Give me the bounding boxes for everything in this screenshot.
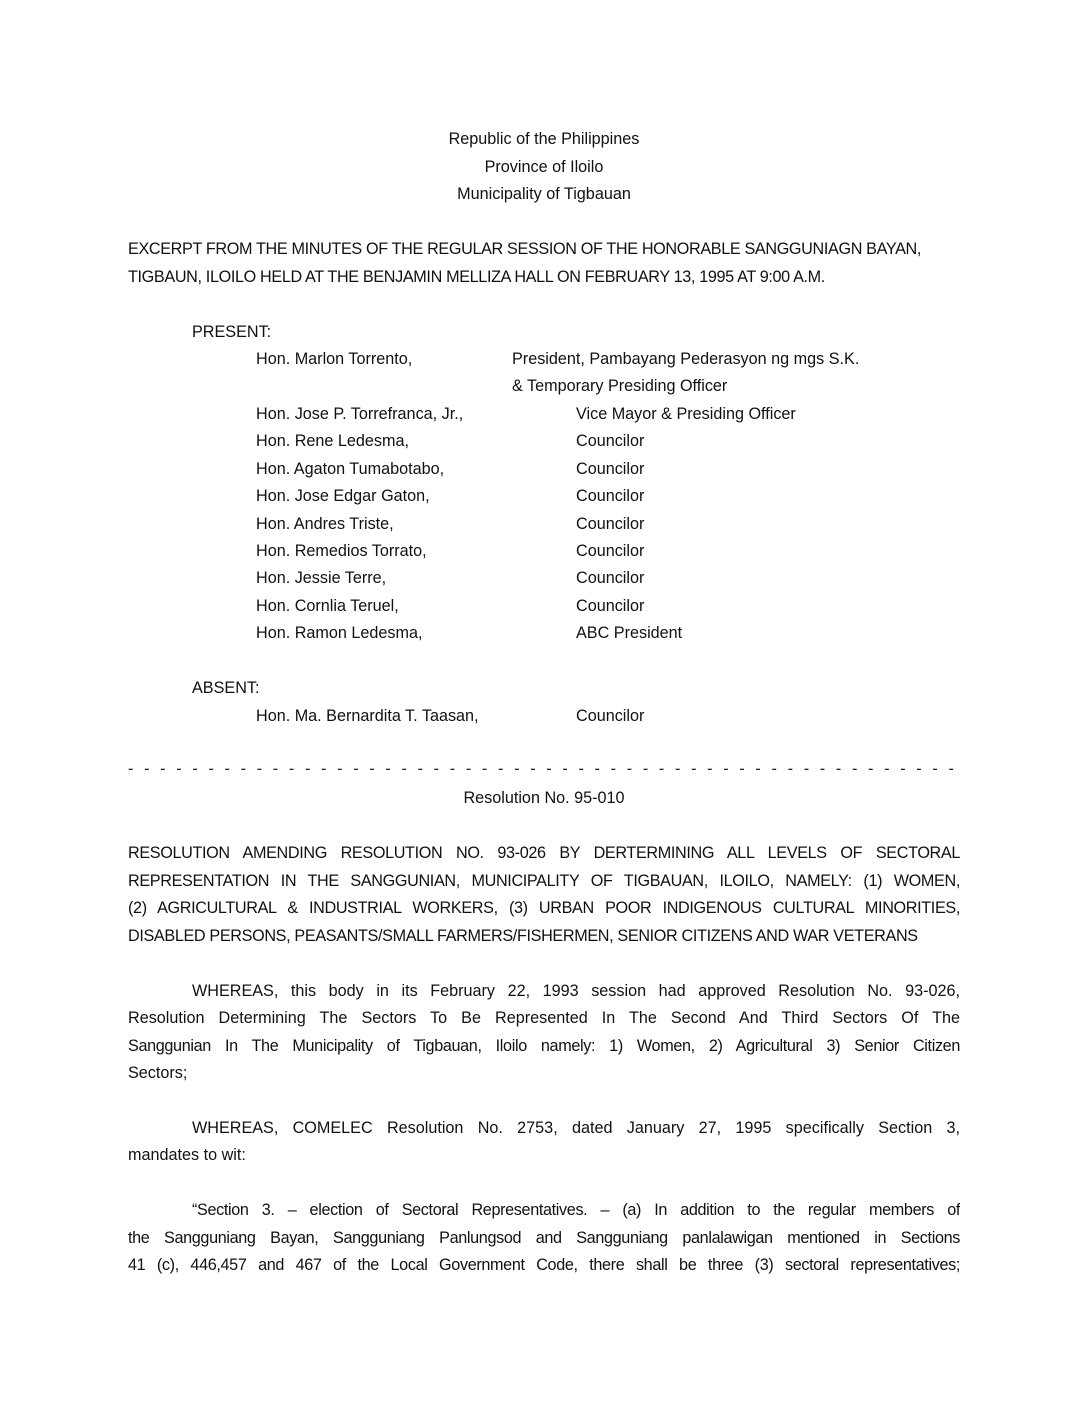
member-name: Hon. Agaton Tumabotabo, [256,460,444,479]
member-position: Councilor [576,542,644,561]
member-name: Hon. Andres Triste, [256,515,394,534]
member-position: Councilor [576,707,644,726]
member-name: Hon. Marlon Torrento, [256,350,412,369]
resolution-title-line: REPRESENTATION IN THE SANGGUNIAN, MUNICI… [128,872,960,894]
paragraph-line: Sanggunian In The Municipality of Tigbau… [128,1037,960,1059]
member-position: Councilor [576,432,644,451]
paragraph-line: mandates to wit: [128,1146,960,1165]
dashed-divider: - - - - - - - - - - - - - - - - - - - - … [128,760,960,779]
member-position: President, Pambayang Pederasyon ng mgs S… [512,350,859,369]
paragraph-line: Sectors; [128,1064,960,1083]
paragraph-line: Resolution Determining The Sectors To Be… [128,1009,960,1031]
header-province: Province of Iloilo [0,158,1088,177]
member-name: Hon. Ma. Bernardita T. Taasan, [256,707,479,726]
member-position: Councilor [576,597,644,616]
member-position: Councilor [576,460,644,479]
absent-label: ABSENT: [192,679,259,698]
resolution-title-line: RESOLUTION AMENDING RESOLUTION NO. 93-02… [128,844,960,866]
resolution-title-line: DISABLED PERSONS, PEASANTS/SMALL FARMERS… [128,927,960,946]
member-name: Hon. Jose P. Torrefranca, Jr., [256,405,463,424]
member-name: Hon. Jose Edgar Gaton, [256,487,430,506]
member-name: Hon. Remedios Torrato, [256,542,427,561]
member-position: Councilor [576,515,644,534]
member-position: Councilor [576,569,644,588]
member-position: Councilor [576,487,644,506]
member-name: Hon. Cornlia Teruel, [256,597,399,616]
member-position: Vice Mayor & Presiding Officer [576,405,796,424]
header-municipality: Municipality of Tigbauan [0,185,1088,204]
paragraph-line: 41 (c), 446,457 and 467 of the Local Gov… [128,1256,960,1278]
paragraph-line: the Sangguniang Bayan, Sangguniang Panlu… [128,1229,960,1251]
member-name: Hon. Jessie Terre, [256,569,386,588]
paragraph-line: WHEREAS, this body in its February 22, 1… [192,982,960,1004]
member-position: ABC President [576,624,682,643]
member-name: Hon. Ramon Ledesma, [256,624,422,643]
member-name: Hon. Rene Ledesma, [256,432,409,451]
present-label: PRESENT: [192,323,271,342]
resolution-number: Resolution No. 95-010 [0,789,1088,808]
excerpt-line-1: EXCERPT FROM THE MINUTES OF THE REGULAR … [128,240,960,259]
member-position-continued: & Temporary Presiding Officer [512,377,727,396]
paragraph-line: “Section 3. – election of Sectoral Repre… [192,1201,960,1223]
header-republic: Republic of the Philippines [0,130,1088,149]
excerpt-line-2: TIGBAUN, ILOILO HELD AT THE BENJAMIN MEL… [128,268,960,287]
resolution-title-line: (2) AGRICULTURAL & INDUSTRIAL WORKERS, (… [128,899,960,921]
paragraph-line: WHEREAS, COMELEC Resolution No. 2753, da… [192,1119,960,1141]
